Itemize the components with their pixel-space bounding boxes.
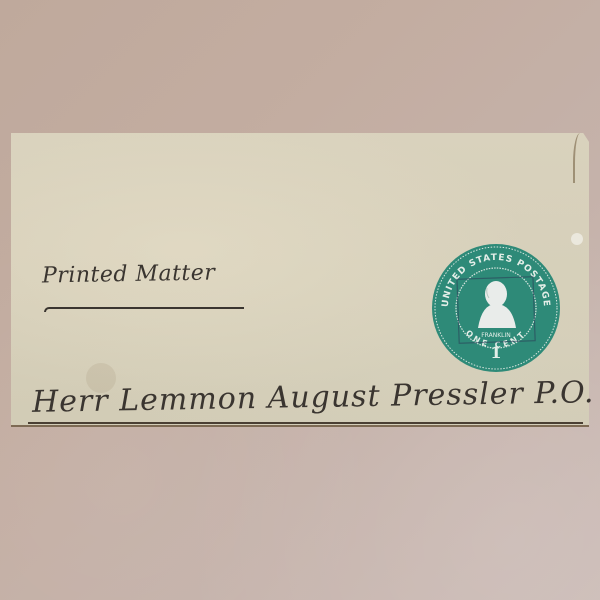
- folded-edge: [573, 133, 585, 183]
- stamp-portrait-label: FRANKLIN: [481, 332, 511, 339]
- paper-stain: [571, 233, 583, 245]
- postage-stamp: UNITED STATES POSTAGE ONE CENT FRANKLIN …: [430, 242, 562, 374]
- address-underline: [28, 422, 583, 424]
- stamp-denomination: 1: [490, 343, 501, 362]
- printed-matter-note: Printed Matter: [42, 260, 216, 288]
- printed-matter-underline: [44, 307, 244, 312]
